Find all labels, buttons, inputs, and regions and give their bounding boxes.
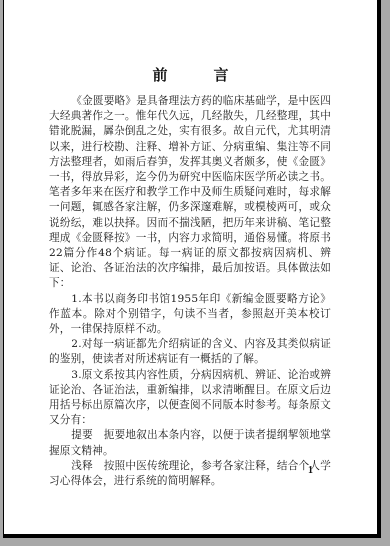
paragraph-item-2: 2.对每一病证都先介绍病证的含义、内容及其类似病证的鉴别，使读者对所述病证有一概… <box>49 337 331 367</box>
title-char-1: 前 <box>152 64 167 85</box>
paragraph-item-1: 1.本书以商务印书馆1955年印《新编金匮要略方论》作蓝本。除对个别错字，句读不… <box>49 292 331 338</box>
paragraph-summary: 提要 扼要地叙出本条内容，以便于读者提纲挈领地掌握原文精神。 <box>49 428 331 458</box>
page-title: 前言 <box>4 64 377 85</box>
paragraph-explanation: 浅释 按照中医传统理论，参考各家注释，结合个人学习心得体会，进行系统的简明解释。 <box>49 459 331 489</box>
paragraph-item-3: 3.原文系按其内容性质，分病因病机、辨证、论治或辨证论治、各证治法，重新编排，以… <box>49 368 331 429</box>
title-char-2: 言 <box>214 64 229 85</box>
document-page: 前言 《金匮要略》是具备理法方药的临床基础学，是中医四大经典著作之一。惟年代久远… <box>3 0 381 538</box>
page-number: 1 <box>308 465 313 476</box>
paragraph-intro: 《金匮要略》是具备理法方药的临床基础学，是中医四大经典著作之一。惟年代久远，几经… <box>49 94 331 292</box>
preface-body: 《金匮要略》是具备理法方药的临床基础学，是中医四大经典著作之一。惟年代久远，几经… <box>49 94 331 489</box>
